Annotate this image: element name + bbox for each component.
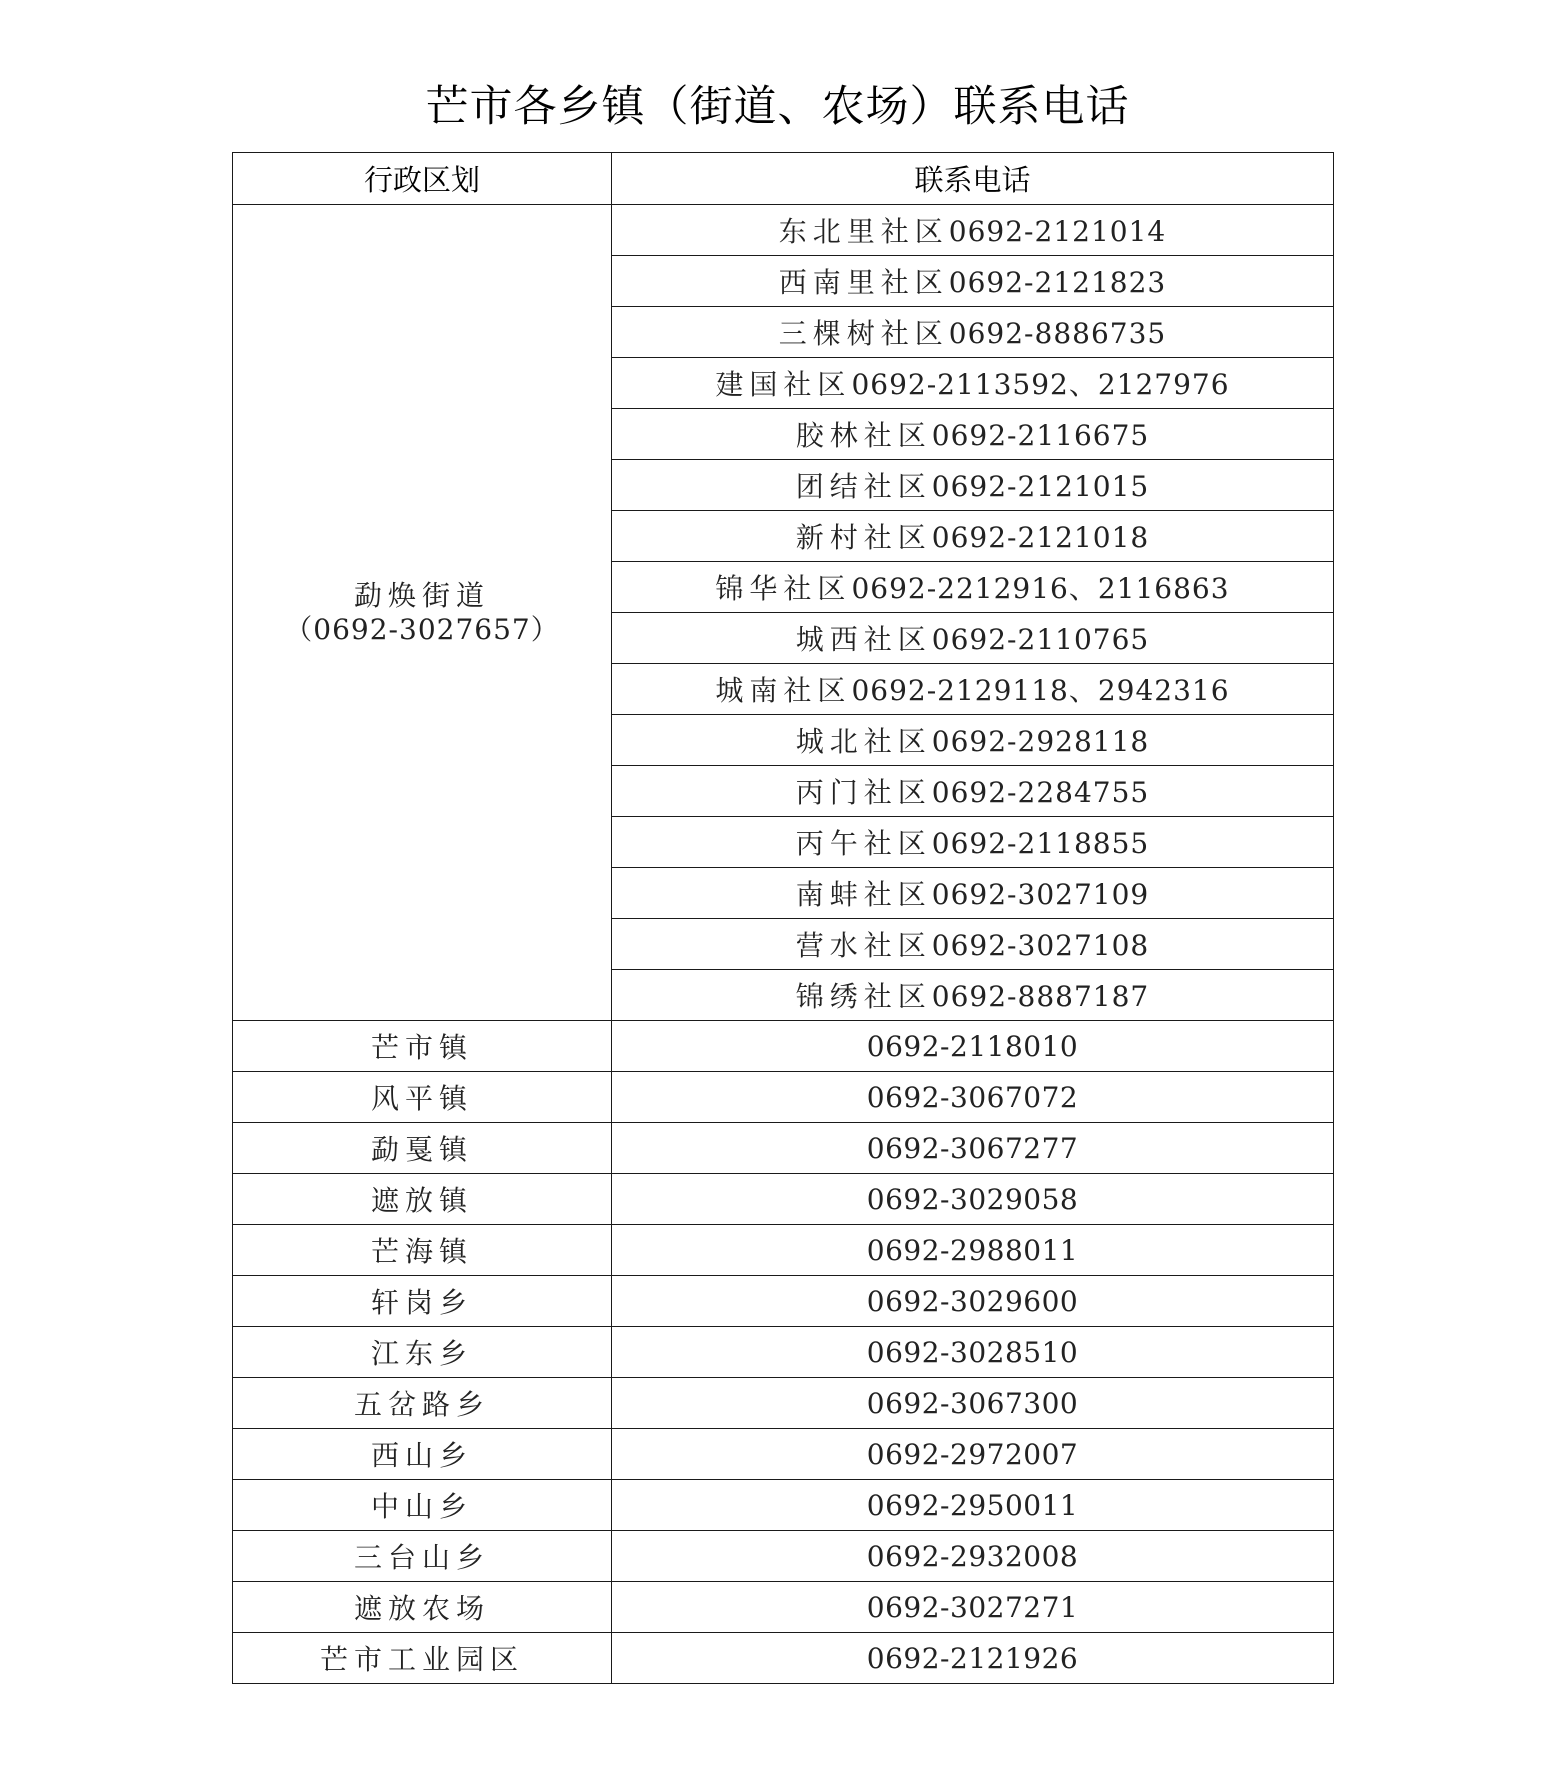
community-name: 东北里社区 [779,215,949,248]
table-row: 勐戛镇0692-3067277 [233,1123,1334,1174]
division-phone: 0692-2972007 [867,1438,1078,1471]
table-header-row: 行政区划 联系电话 [233,153,1334,205]
division-phone-cell: 0692-3027271 [612,1582,1334,1633]
division-name: 中山乡 [371,1490,473,1523]
community-cell: 营水社区0692-3027108 [612,919,1334,970]
division-name-cell: 五岔路乡 [233,1378,612,1429]
community-name: 城北社区 [796,725,932,758]
table-row: 芒市镇0692-2118010 [233,1021,1334,1072]
division-name: 五岔路乡 [354,1388,490,1421]
header-phone: 联系电话 [612,153,1334,205]
table-row: 中山乡0692-2950011 [233,1480,1334,1531]
division-name-cell: 遮放镇 [233,1174,612,1225]
division-phone-cell: 0692-3028510 [612,1327,1334,1378]
division-phone: 0692-3028510 [867,1336,1078,1369]
division-phone-cell: 0692-2988011 [612,1225,1334,1276]
page-title: 芒市各乡镇（街道、农场）联系电话 [0,74,1555,140]
division-phone: 0692-3029058 [867,1183,1078,1216]
community-cell: 锦绣社区0692-8887187 [612,970,1334,1021]
division-name: 三台山乡 [354,1541,490,1574]
community-name: 团结社区 [796,470,932,503]
community-cell: 城西社区0692-2110765 [612,613,1334,664]
community-cell: 三棵树社区0692-8886735 [612,307,1334,358]
community-name: 城西社区 [796,623,932,656]
community-phone: 0692-2928118 [932,725,1149,758]
division-name-cell: 芒市工业园区 [233,1633,612,1684]
community-name: 锦绣社区 [796,980,932,1013]
division-phone: 0692-2121926 [867,1642,1078,1675]
division-name-cell: 风平镇 [233,1072,612,1123]
community-phone: 0692-2118855 [932,827,1149,860]
table-row: 五岔路乡0692-3067300 [233,1378,1334,1429]
division-phone-cell: 0692-2121926 [612,1633,1334,1684]
table-row: 西山乡0692-2972007 [233,1429,1334,1480]
division-phone-cell: 0692-3029600 [612,1276,1334,1327]
division-phone: 0692-2932008 [867,1540,1078,1573]
table-row: 遮放农场0692-3027271 [233,1582,1334,1633]
table-row: 江东乡0692-3028510 [233,1327,1334,1378]
division-phone: 0692-3027271 [867,1591,1078,1624]
division-name: 芒海镇 [371,1235,473,1268]
community-phone: 0692-3027109 [932,878,1149,911]
community-name: 南蚌社区 [796,878,932,911]
community-name: 营水社区 [796,929,932,962]
community-phone: 0692-2113592、2127976 [851,368,1229,401]
contacts-table: 行政区划 联系电话 勐焕街道 （0692-3027657） 东北里社区0692-… [232,152,1334,1684]
community-name: 胶林社区 [796,419,932,452]
division-phone: 0692-2950011 [867,1489,1078,1522]
community-cell: 新村社区0692-2121018 [612,511,1334,562]
community-cell: 城南社区0692-2129118、2942316 [612,664,1334,715]
community-name: 建国社区 [715,368,851,401]
community-name: 城南社区 [715,674,851,707]
division-name-cell: 西山乡 [233,1429,612,1480]
community-phone: 0692-3027108 [932,929,1149,962]
table-row: 遮放镇0692-3029058 [233,1174,1334,1225]
division-phone-cell: 0692-3067277 [612,1123,1334,1174]
division-name-cell: 芒海镇 [233,1225,612,1276]
table-row: 芒海镇0692-2988011 [233,1225,1334,1276]
community-cell: 锦华社区0692-2212916、2116863 [612,562,1334,613]
division-phone: 0692-3029600 [867,1285,1078,1318]
community-phone: 0692-2121823 [949,266,1166,299]
division-name-cell: 中山乡 [233,1480,612,1531]
division-name-cell: 轩岗乡 [233,1276,612,1327]
table-row: 勐焕街道 （0692-3027657） 东北里社区0692-2121014 [233,205,1334,256]
community-name: 新村社区 [796,521,932,554]
community-cell: 西南里社区0692-2121823 [612,256,1334,307]
division-phone-cell: 0692-3067072 [612,1072,1334,1123]
division-name: 芒市镇 [371,1031,473,1064]
community-phone: 0692-8887187 [932,980,1149,1013]
division-phone-cell: 0692-2118010 [612,1021,1334,1072]
division-phone: 0692-3067300 [867,1387,1078,1420]
table-body: 勐焕街道 （0692-3027657） 东北里社区0692-2121014 西南… [233,205,1334,1684]
community-cell: 胶林社区0692-2116675 [612,409,1334,460]
community-cell: 丙午社区0692-2118855 [612,817,1334,868]
division-phone: 0692-2988011 [867,1234,1078,1267]
community-phone: 0692-2212916、2116863 [851,572,1229,605]
division-name: 勐戛镇 [371,1133,473,1166]
community-phone: 0692-2116675 [932,419,1149,452]
division-phone: 0692-2118010 [867,1030,1078,1063]
division-name-cell: 江东乡 [233,1327,612,1378]
community-cell: 团结社区0692-2121015 [612,460,1334,511]
division-phone-cell: 0692-2972007 [612,1429,1334,1480]
community-phone: 0692-2110765 [932,623,1149,656]
division-name: 轩岗乡 [371,1286,473,1319]
table-row: 三台山乡0692-2932008 [233,1531,1334,1582]
table-row: 芒市工业园区0692-2121926 [233,1633,1334,1684]
subdistrict-phone: （0692-3027657） [233,613,611,647]
table-row: 轩岗乡0692-3029600 [233,1276,1334,1327]
community-phone: 0692-2121018 [932,521,1149,554]
division-phone-cell: 0692-3029058 [612,1174,1334,1225]
division-name-cell: 三台山乡 [233,1531,612,1582]
community-phone: 0692-2129118、2942316 [851,674,1229,707]
community-cell: 南蚌社区0692-3027109 [612,868,1334,919]
division-name-cell: 遮放农场 [233,1582,612,1633]
division-name-cell: 芒市镇 [233,1021,612,1072]
community-name: 三棵树社区 [779,317,949,350]
community-name: 锦华社区 [715,572,851,605]
community-cell: 丙门社区0692-2284755 [612,766,1334,817]
header-division: 行政区划 [233,153,612,205]
division-name: 遮放农场 [354,1592,490,1625]
table-row: 风平镇0692-3067072 [233,1072,1334,1123]
community-cell: 建国社区0692-2113592、2127976 [612,358,1334,409]
division-phone-cell: 0692-3067300 [612,1378,1334,1429]
community-name: 西南里社区 [779,266,949,299]
community-phone: 0692-8886735 [949,317,1166,350]
community-name: 丙门社区 [796,776,932,809]
community-name: 丙午社区 [796,827,932,860]
community-cell: 东北里社区0692-2121014 [612,205,1334,256]
community-phone: 0692-2121015 [932,470,1149,503]
subdistrict-cell: 勐焕街道 （0692-3027657） [233,205,612,1021]
division-phone: 0692-3067277 [867,1132,1078,1165]
division-phone-cell: 0692-2950011 [612,1480,1334,1531]
division-phone-cell: 0692-2932008 [612,1531,1334,1582]
division-name: 芒市工业园区 [320,1643,524,1676]
community-phone: 0692-2284755 [932,776,1149,809]
division-name: 风平镇 [371,1082,473,1115]
community-cell: 城北社区0692-2928118 [612,715,1334,766]
division-name: 西山乡 [371,1439,473,1472]
community-phone: 0692-2121014 [949,215,1166,248]
division-name-cell: 勐戛镇 [233,1123,612,1174]
subdistrict-name: 勐焕街道 [233,579,611,613]
division-name: 遮放镇 [371,1184,473,1217]
division-name: 江东乡 [371,1337,473,1370]
division-phone: 0692-3067072 [867,1081,1078,1114]
